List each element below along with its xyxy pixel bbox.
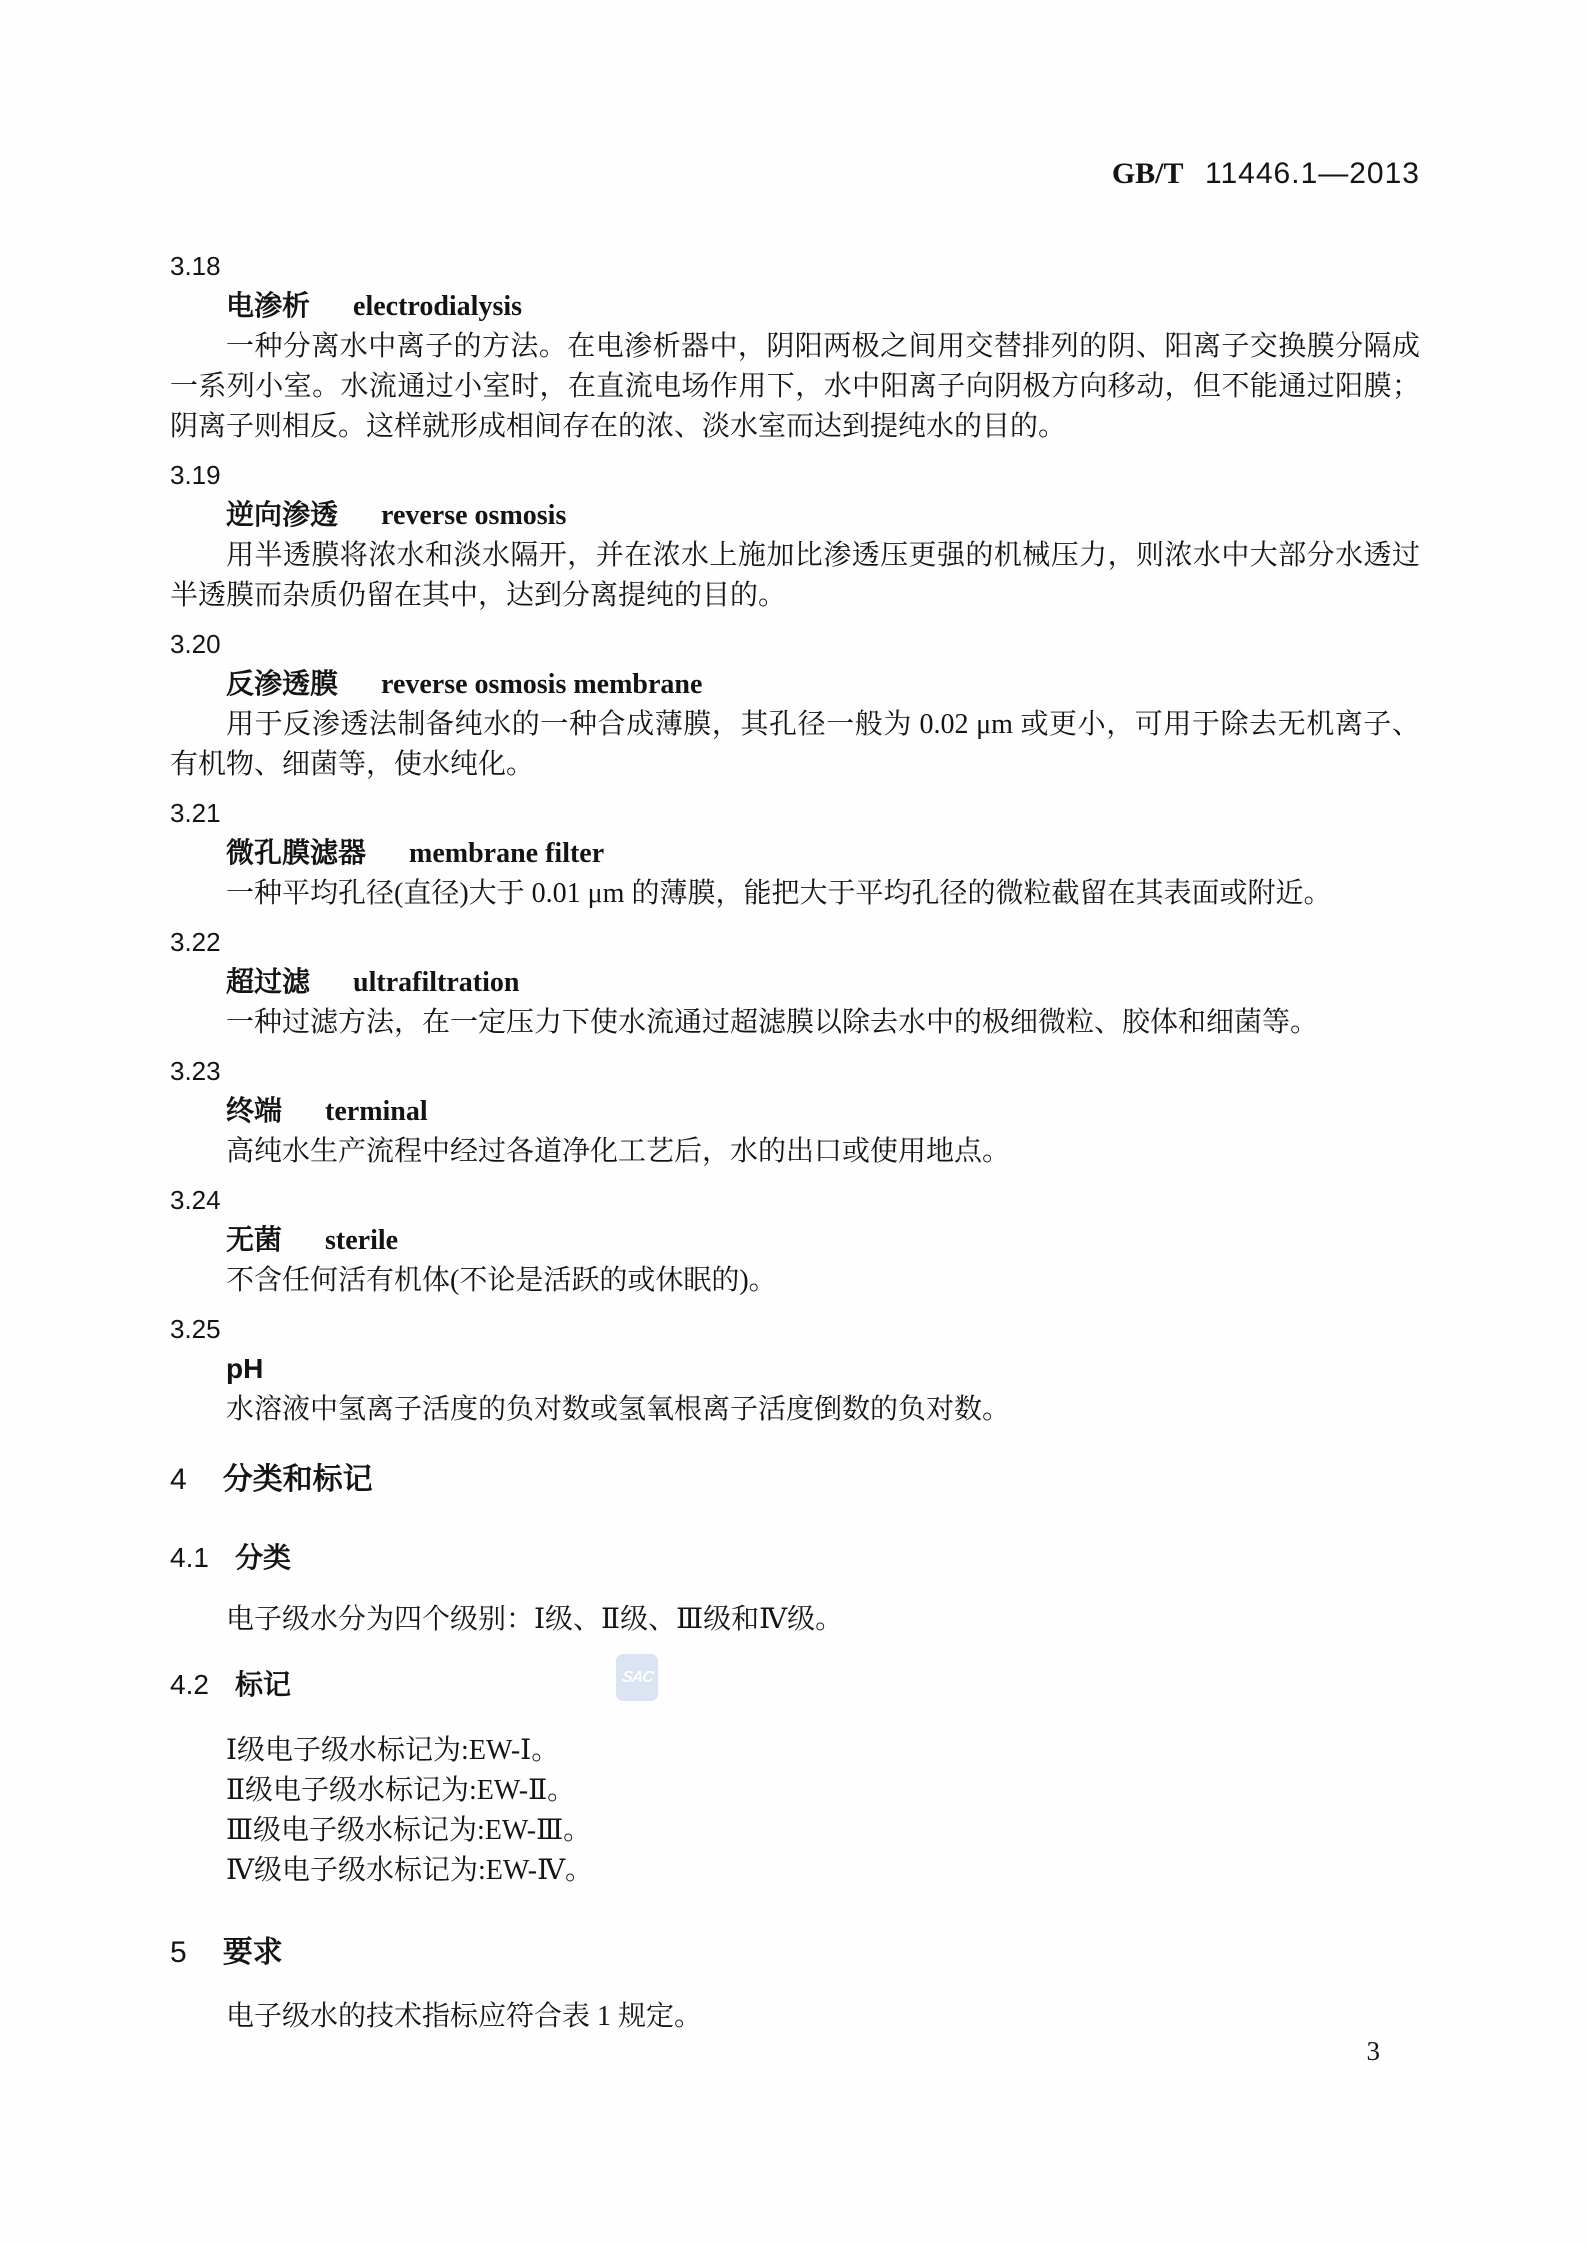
term-english: electrodialysis	[353, 291, 522, 322]
term-section-3-23: 3.23 终端 terminal 高纯水生产流程中经过各道净化工艺后，水的出口或…	[170, 1051, 1420, 1172]
chapter-number: 4	[170, 1463, 187, 1496]
marking-item: Ⅲ级电子级水标记为:EW-Ⅲ。	[226, 1811, 1420, 1851]
standard-code-prefix: GB/T	[1112, 157, 1184, 190]
term-definition: 不含任何活有机体(不论是活跃的或休眠的)。	[170, 1261, 1420, 1301]
section-title: 标记	[235, 1669, 291, 1700]
term-english: ultrafiltration	[353, 967, 519, 998]
chapter-title: 分类和标记	[223, 1463, 373, 1496]
clause-number: 3.23	[170, 1051, 1420, 1091]
chapter-number: 5	[170, 1936, 187, 1969]
clause-number: 3.20	[170, 624, 1420, 664]
clause-number: 3.21	[170, 793, 1420, 833]
term-english: membrane filter	[409, 838, 604, 869]
term-chinese: 无菌	[226, 1224, 282, 1255]
section-title: 分类	[235, 1542, 291, 1573]
term-line: pH	[170, 1349, 1420, 1390]
term-line: 电渗析 electrodialysis	[170, 286, 1420, 327]
chapter-heading-5: 5要求	[170, 1931, 1420, 1975]
term-chinese: 反渗透膜	[226, 668, 338, 699]
section-heading-4-1: 4.1分类	[170, 1538, 1420, 1578]
term-definition: 用半透膜将浓水和淡水隔开，并在浓水上施加比渗透压更强的机械压力，则浓水中大部分水…	[170, 536, 1420, 616]
term-chinese: pH	[226, 1353, 263, 1384]
clause-number: 3.22	[170, 922, 1420, 962]
term-chinese: 终端	[226, 1095, 282, 1126]
term-section-3-24: 3.24 无菌 sterile 不含任何活有机体(不论是活跃的或休眠的)。	[170, 1180, 1420, 1301]
term-definition: 一种分离水中离子的方法。在电渗析器中，阴阳两极之间用交替排列的阴、阳离子交换膜分…	[170, 327, 1420, 447]
term-section-3-22: 3.22 超过滤 ultrafiltration 一种过滤方法，在一定压力下使水…	[170, 922, 1420, 1043]
term-section-3-21: 3.21 微孔膜滤器 membrane filter 一种平均孔径(直径)大于 …	[170, 793, 1420, 914]
term-definition: 高纯水生产流程中经过各道净化工艺后，水的出口或使用地点。	[170, 1132, 1420, 1172]
standard-code-number: 11446.1—2013	[1205, 157, 1420, 190]
term-chinese: 超过滤	[226, 966, 310, 997]
clause-number: 3.19	[170, 455, 1420, 495]
chapter-heading-4: 4分类和标记	[170, 1458, 1420, 1502]
term-line: 无菌 sterile	[170, 1220, 1420, 1261]
section-number: 4.2	[170, 1669, 209, 1700]
term-english: sterile	[325, 1225, 398, 1256]
term-section-3-18: 3.18 电渗析 electrodialysis 一种分离水中离子的方法。在电渗…	[170, 246, 1420, 447]
term-definition: 一种平均孔径(直径)大于 0.01 μm 的薄膜，能把大于平均孔径的微粒截留在其…	[170, 874, 1420, 914]
term-section-3-20: 3.20 反渗透膜 reverse osmosis membrane 用于反渗透…	[170, 624, 1420, 785]
term-line: 超过滤 ultrafiltration	[170, 962, 1420, 1003]
document-page: SAC GB/T 11446.1—2013 3.18 电渗析 electrodi…	[0, 0, 1587, 2245]
term-definition: 水溶液中氢离子活度的负对数或氢氧根离子活度倒数的负对数。	[170, 1390, 1420, 1430]
body-paragraph: 电子级水分为四个级别：Ⅰ级、Ⅱ级、Ⅲ级和Ⅳ级。	[170, 1600, 1420, 1640]
section-heading-4-2: 4.2标记	[170, 1665, 1420, 1705]
term-english: reverse osmosis	[381, 500, 566, 531]
term-line: 反渗透膜 reverse osmosis membrane	[170, 664, 1420, 705]
term-section-3-19: 3.19 逆向渗透 reverse osmosis 用半透膜将浓水和淡水隔开，并…	[170, 455, 1420, 616]
term-english: terminal	[325, 1096, 428, 1127]
standard-code: GB/T 11446.1—2013	[170, 0, 1420, 192]
term-chinese: 微孔膜滤器	[226, 837, 366, 868]
clause-number: 3.18	[170, 246, 1420, 286]
term-definition: 一种过滤方法，在一定压力下使水流通过超滤膜以除去水中的极细微粒、胶体和细菌等。	[170, 1003, 1420, 1043]
marking-item: Ⅱ级电子级水标记为:EW-Ⅱ。	[226, 1771, 1420, 1811]
chapter-title: 要求	[223, 1936, 283, 1969]
section-number: 4.1	[170, 1542, 209, 1573]
term-line: 逆向渗透 reverse osmosis	[170, 495, 1420, 536]
clause-number: 3.25	[170, 1309, 1420, 1349]
term-definition: 用于反渗透法制备纯水的一种合成薄膜，其孔径一般为 0.02 μm 或更小，可用于…	[170, 705, 1420, 785]
term-chinese: 逆向渗透	[226, 499, 338, 530]
term-line: 终端 terminal	[170, 1091, 1420, 1132]
clause-number: 3.24	[170, 1180, 1420, 1220]
term-english: reverse osmosis membrane	[381, 669, 702, 700]
page-number: 3	[1367, 2036, 1381, 2067]
body-paragraph: 电子级水的技术指标应符合表 1 规定。	[170, 1997, 1420, 2037]
page-content: GB/T 11446.1—2013 3.18 电渗析 electrodialys…	[0, 0, 1587, 2037]
marking-list: Ⅰ级电子级水标记为:EW-Ⅰ。 Ⅱ级电子级水标记为:EW-Ⅱ。 Ⅲ级电子级水标记…	[170, 1731, 1420, 1891]
term-section-3-25: 3.25 pH 水溶液中氢离子活度的负对数或氢氧根离子活度倒数的负对数。	[170, 1309, 1420, 1430]
marking-item: Ⅰ级电子级水标记为:EW-Ⅰ。	[226, 1731, 1420, 1771]
marking-item: Ⅳ级电子级水标记为:EW-Ⅳ。	[226, 1851, 1420, 1891]
term-chinese: 电渗析	[226, 290, 310, 321]
term-line: 微孔膜滤器 membrane filter	[170, 833, 1420, 874]
